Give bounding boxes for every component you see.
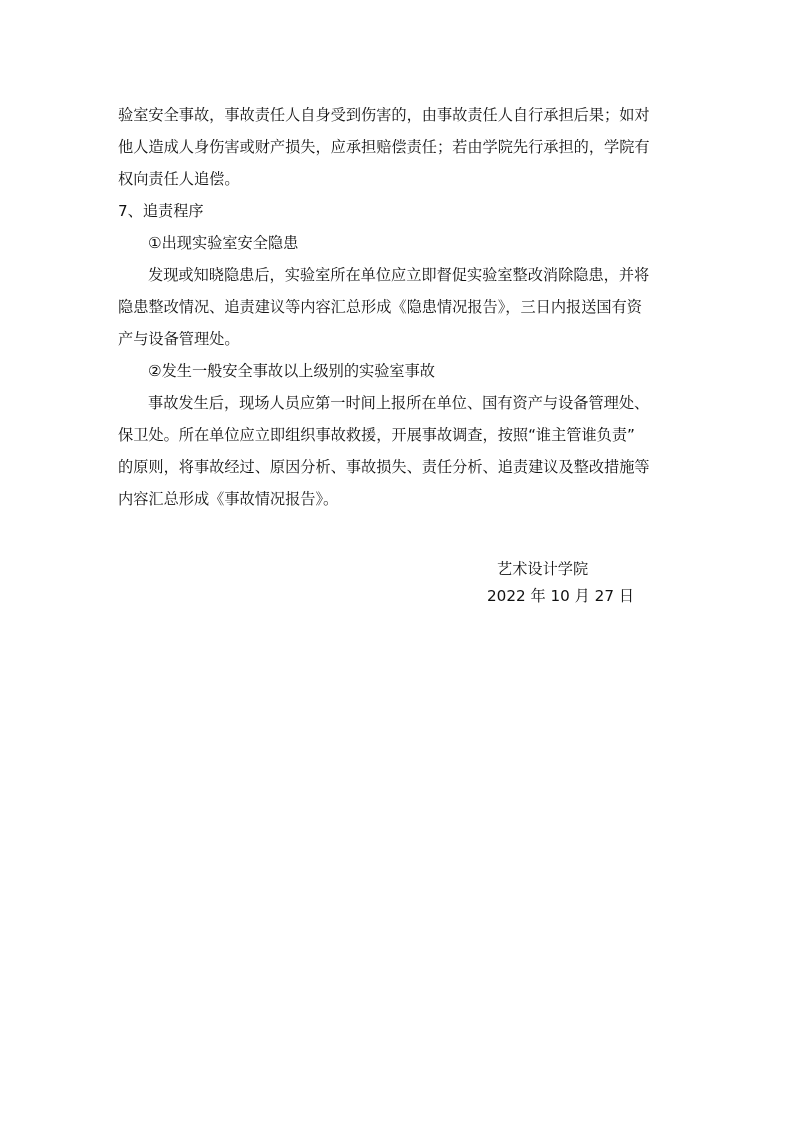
text-line: 发现或知晓隐患后，实验室所在单位应立即督促实验室整改消除隐患，并将	[118, 259, 678, 291]
paragraph-hazard-procedure: 发现或知晓隐患后，实验室所在单位应立即督促实验室整改消除隐患，并将 隐患整改情况…	[118, 259, 678, 355]
section-heading-accountability-procedure: 7、追责程序	[118, 195, 678, 227]
text-line: 的原则，将事故经过、原因分析、事故损失、责任分析、追责建议及整改措施等	[118, 451, 678, 483]
signature-date: 2022 年 10 月 27 日	[487, 585, 634, 606]
text-line: 事故发生后，现场人员应第一时间上报所在单位、国有资产与设备管理处、	[118, 387, 678, 419]
paragraph-accident-procedure: 事故发生后，现场人员应第一时间上报所在单位、国有资产与设备管理处、 保卫处。所在…	[118, 387, 678, 515]
text-line: 保卫处。所在单位应立即组织事故救援，开展事故调查，按照“谁主管谁负责”	[118, 419, 678, 451]
document-body: 验室安全事故，事故责任人自身受到伤害的，由事故责任人自行承担后果；如对 他人造成…	[118, 99, 678, 515]
document-page: 验室安全事故，事故责任人自身受到伤害的，由事故责任人自行承担后果；如对 他人造成…	[0, 0, 793, 1122]
subheading-safety-hazard: ①出现实验室安全隐患	[118, 227, 678, 259]
subheading-lab-accident: ②发生一般安全事故以上级别的实验室事故	[118, 355, 678, 387]
text-line: 验室安全事故，事故责任人自身受到伤害的，由事故责任人自行承担后果；如对	[118, 99, 678, 131]
text-line: 产与设备管理处。	[118, 323, 678, 355]
text-line: 权向责任人追偿。	[118, 163, 678, 195]
text-line: 内容汇总形成《事故情况报告》。	[118, 483, 678, 515]
text-line: 他人造成人身伤害或财产损失，应承担赔偿责任；若由学院先行承担的，学院有	[118, 131, 678, 163]
text-line: 隐患整改情况、追责建议等内容汇总形成《隐患情况报告》，三日内报送国有资	[118, 291, 678, 323]
signature-organization: 艺术设计学院	[497, 558, 588, 579]
paragraph-liability: 验室安全事故，事故责任人自身受到伤害的，由事故责任人自行承担后果；如对 他人造成…	[118, 99, 678, 195]
